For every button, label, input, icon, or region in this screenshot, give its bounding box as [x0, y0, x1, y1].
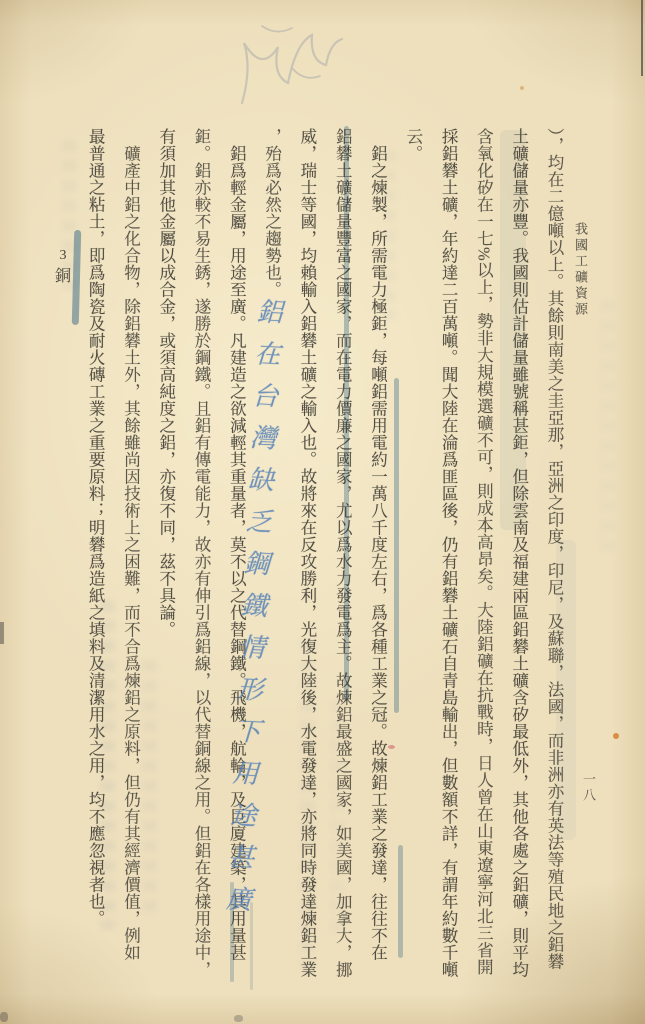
faint-scribble: [222, 8, 352, 123]
paper-stain: [520, 86, 524, 90]
margin-header-title: 我國工礦資源: [571, 222, 590, 318]
paper-stain: [613, 733, 619, 739]
scan-edge-artifact: [0, 1012, 8, 1022]
section-marker-number: 3: [52, 246, 74, 266]
scan-edge-artifact: [234, 1015, 243, 1022]
text-column: 採鋁礬土礦，年約達二百萬噸。聞大陸在淪爲匪區後，仍有鋁礬土礦石自青島輸出，但數額…: [431, 128, 466, 963]
paper-stain: [388, 745, 395, 749]
text-column: 礦產中鋁之化合物，除鋁礬土外，其餘雖尚因技術上之困難，而不合爲煉鋁之原料，但仍有…: [113, 128, 148, 963]
text-column: 含氧化矽在一七%以上，勢非大規模選礦不可，則成本高昂矣。大陸鋁礦在抗戰時，日人曾…: [466, 128, 501, 963]
text-column: ），均在二億噸以上。其餘則南美之圭亞那，亞洲之印度，印尼，及蘇聯，法國，而非洲亦…: [537, 128, 572, 963]
scan-edge-artifact: [641, 0, 643, 76]
pen-marker-line: [398, 845, 403, 958]
text-column: 最普通之粘土，即爲陶瓷及耐火磚工業之重要原料；明礬爲造紙之填料及清潔用水之用，均…: [78, 128, 113, 963]
bleed-through-smudge: [600, 300, 615, 560]
section-marker-label: 銅: [52, 266, 74, 288]
scanned-document-page: 我國工礦資源 一八 3 銅 ），均在二億噸以上。其餘則南美之圭亞那，亞洲之印度，…: [0, 0, 645, 1024]
page-number: 一八: [579, 772, 598, 804]
text-column: 鋁之煉製，所需電力極鉅，每噸鋁需用電約一萬八千度左右，爲各種工業之冠。故煉鋁工業…: [360, 128, 395, 963]
section-marker: 3 銅: [52, 246, 74, 288]
text-column: 有須加其他金屬以成合金，或須高純度之鋁，亦復不同，茲不具論。: [148, 128, 183, 963]
pen-marker-line: [344, 126, 349, 701]
body-text: ），均在二億噸以上。其餘則南美之圭亞那，亞洲之印度，印尼，及蘇聯，法國，而非洲亦…: [77, 128, 572, 963]
text-column: 威，瑞士等國，均賴輸入鋁礬土礦之輸入也。故將來在反攻勝利，光復大陸後，水電發達，…: [290, 128, 325, 963]
text-column: 云。: [396, 128, 431, 963]
scan-edge-artifact: [0, 622, 4, 644]
text-column: 鉅。鋁亦較不易生銹，遂勝於鋼鐵。且鋁有傳電能力，故亦有伸引爲鋁線，以代替銅線之用…: [184, 128, 219, 963]
text-column: 鋁礬土礦儲量豐富之國家，而在電力價廉之國家，尤以爲水力發電爲主。故煉鋁最盛之國家…: [325, 128, 360, 963]
pen-marker-line: [394, 378, 399, 713]
text-column: 土礦儲量亦豐。我國則估計儲量雖號稱甚鉅，但除雲南及福建兩區鋁礬土礦含矽最低外，其…: [501, 128, 536, 963]
